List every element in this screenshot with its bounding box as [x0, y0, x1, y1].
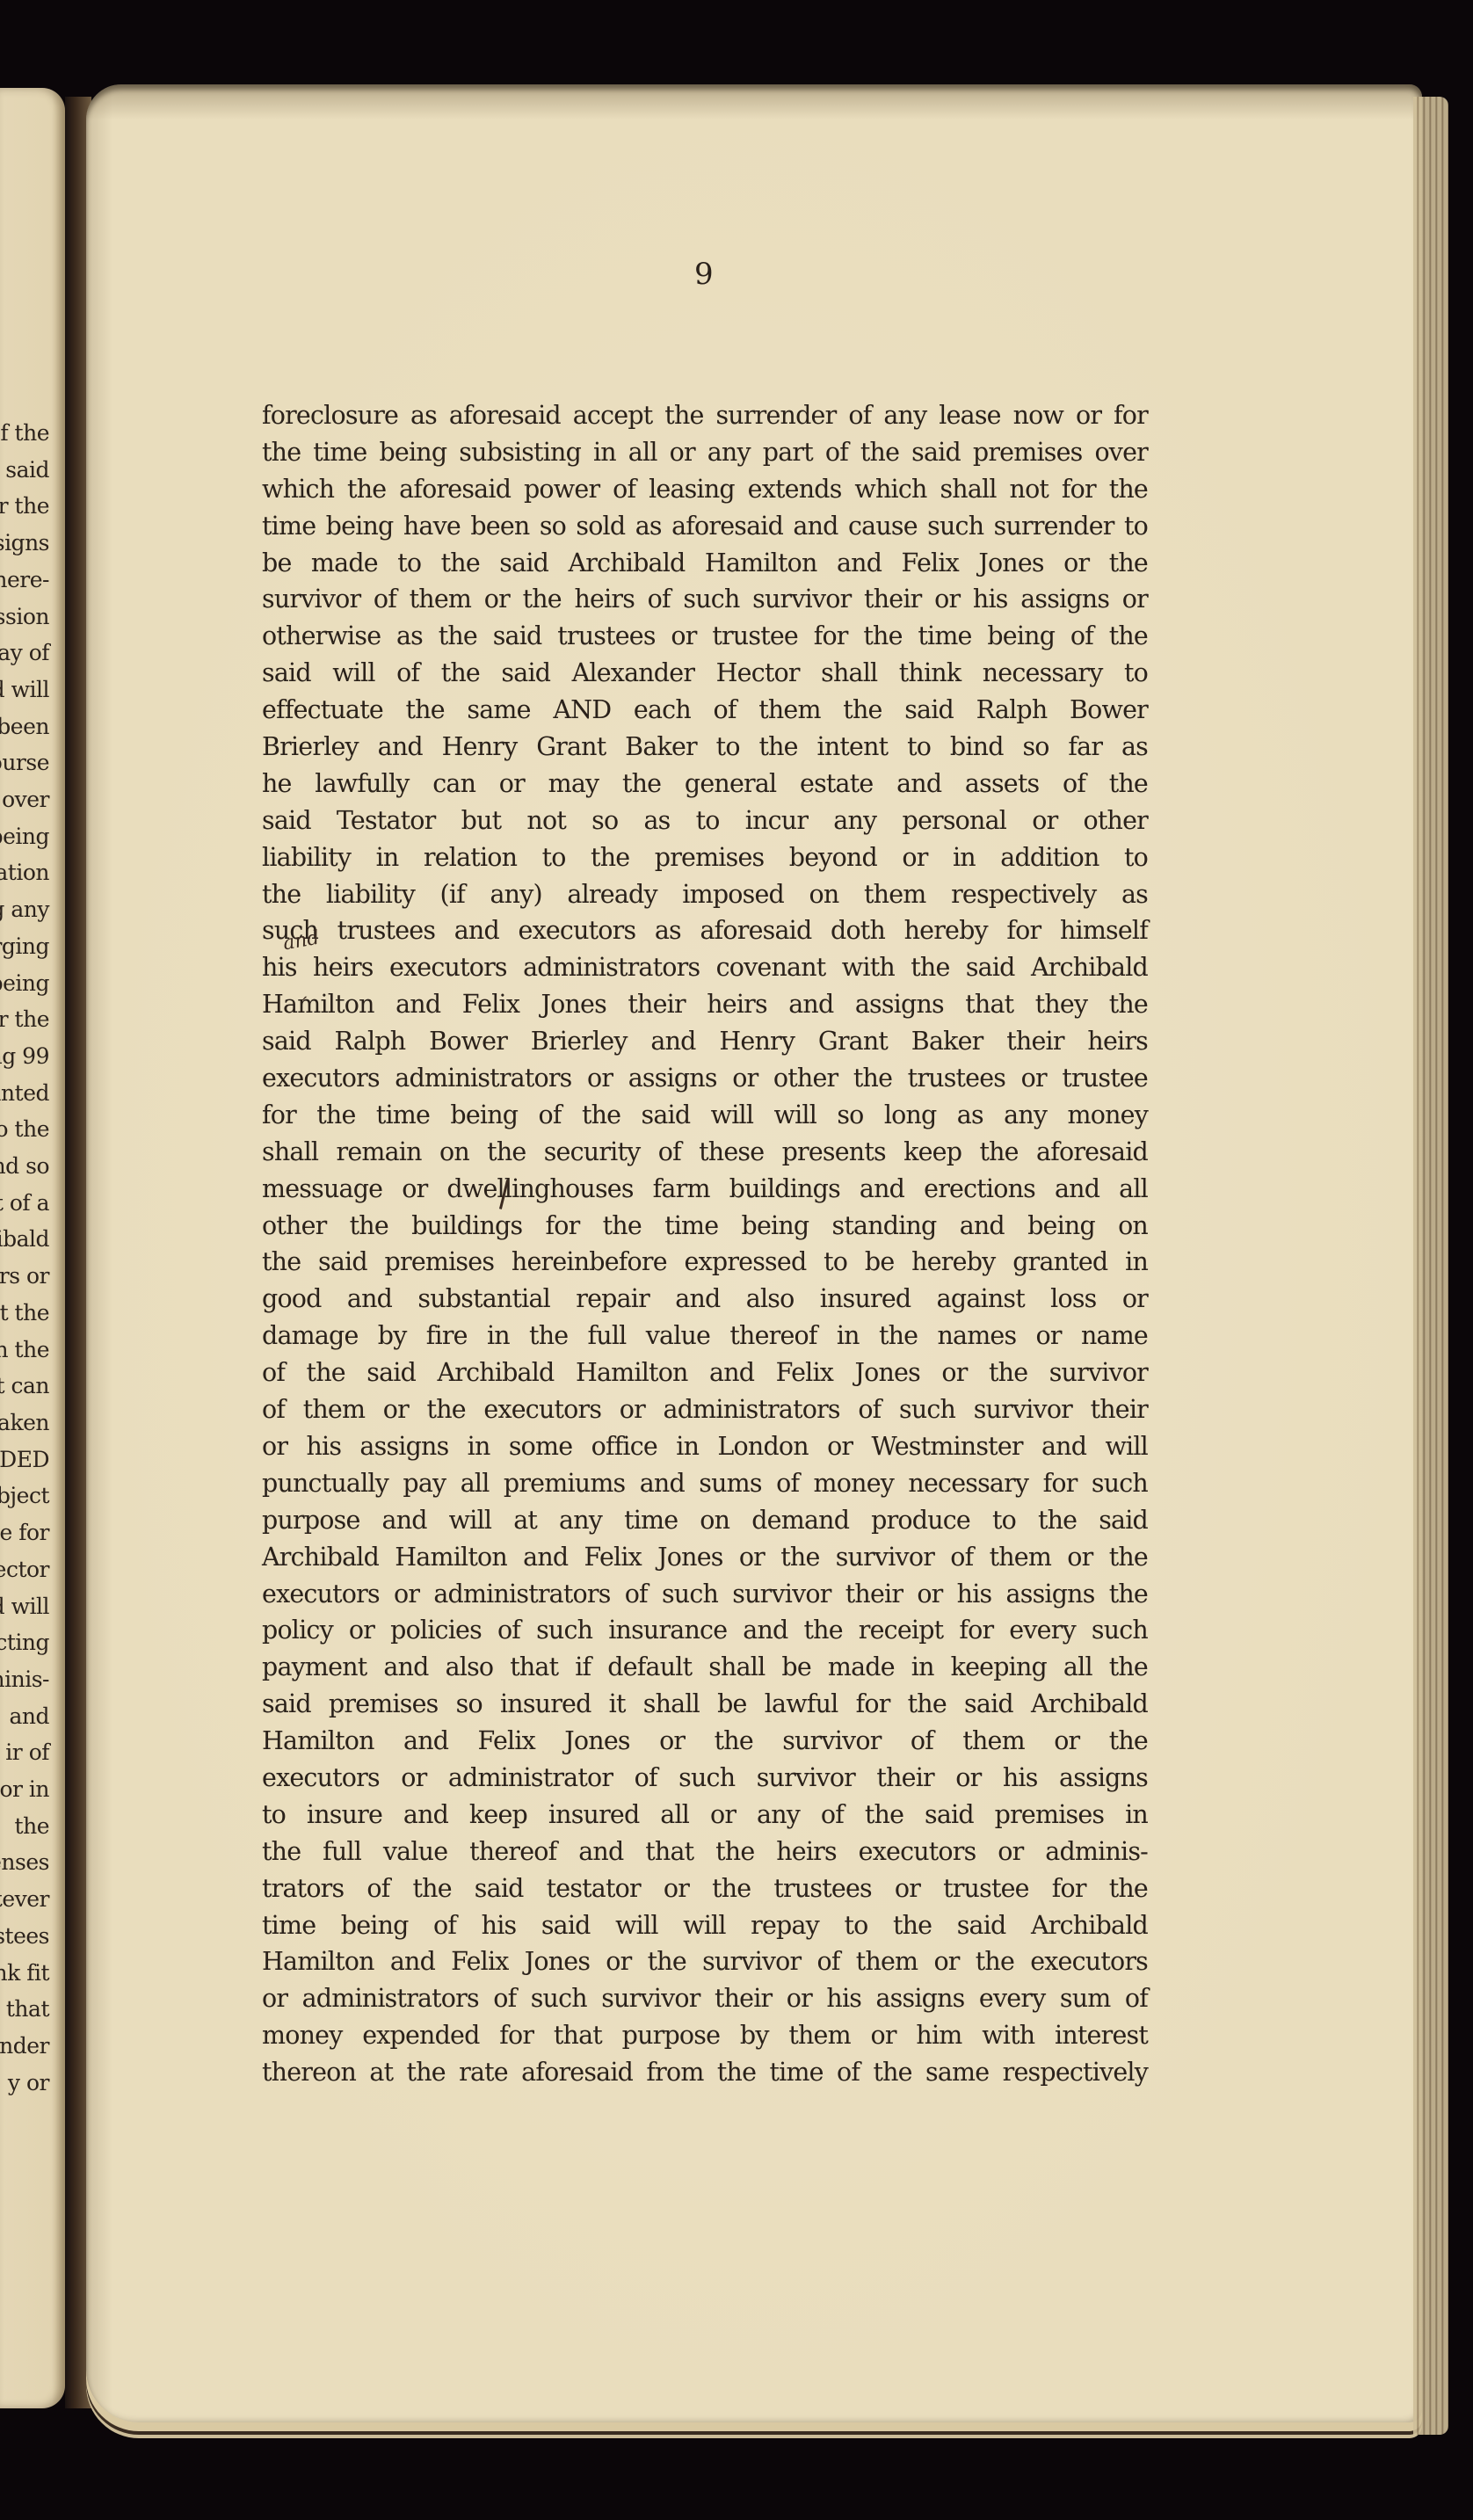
text-line: or administrators of such survivor their…: [262, 1980, 1148, 2017]
left-page-fragment-line: g any: [0, 891, 49, 928]
left-page-fragment-line: nder: [0, 2028, 49, 2065]
left-page-fragment-line: here-: [0, 562, 49, 599]
left-page-fragment-line: er the: [0, 1001, 49, 1038]
text-line: for the time being of the said will will…: [262, 1097, 1148, 1134]
left-page-fragment-line: and: [0, 1698, 49, 1735]
left-page-fragment-line: DED: [0, 1442, 49, 1478]
left-page-fragment-line: ration: [0, 854, 49, 891]
text-line: foreclosure as aforesaid accept the surr…: [262, 397, 1148, 434]
text-line: which the aforesaid power of leasing ext…: [262, 471, 1148, 508]
left-page-fragment-line: being: [0, 818, 49, 855]
left-page-fragment-line: e said: [0, 452, 49, 489]
text-line: effectuate the same AND each of them the…: [262, 692, 1148, 729]
text-line: policy or policies of such insurance and…: [262, 1612, 1148, 1649]
text-line: punctually pay all premiums and sums of …: [262, 1465, 1148, 1502]
left-page-fragment-line: ors or: [0, 1258, 49, 1295]
left-page-fragment-line: t the: [0, 1295, 49, 1332]
text-line: said will of the said Alexander Hector s…: [262, 655, 1148, 692]
text-line: survivor of them or the heirs of such su…: [262, 581, 1148, 618]
text-line: or his assigns in some office in London …: [262, 1428, 1148, 1465]
text-line: executors or administrators of such surv…: [262, 1576, 1148, 1613]
left-page-fragment-line: nk fit: [0, 1955, 49, 1992]
text-line: time being have been so sold as aforesai…: [262, 508, 1148, 545]
left-page-fragment-line: to the: [0, 1111, 49, 1148]
text-line: other the buildings for the time being s…: [262, 1208, 1148, 1245]
left-page-fragment-line: ng 99: [0, 1038, 49, 1075]
left-page-fragment-line: ession: [0, 599, 49, 635]
text-line: thereon at the rate aforesaid from the t…: [262, 2054, 1148, 2091]
left-page-fragment-line: the: [0, 1808, 49, 1845]
left-page-fragment-line: t can: [0, 1368, 49, 1405]
text-line: money expended for that purpose by them …: [262, 2017, 1148, 2054]
text-line: otherwise as the said trustees or truste…: [262, 618, 1148, 655]
left-page-fragment-line: been: [0, 708, 49, 745]
text-line: he lawfully can or may the general estat…: [262, 766, 1148, 802]
text-line: good and substantial repair and also ins…: [262, 1281, 1148, 1318]
text-line: his heirs executors administrators coven…: [262, 949, 1148, 986]
text-line: messuage or dwellinghouses farm building…: [262, 1171, 1148, 1208]
left-page-fragment-line: being: [0, 965, 49, 1002]
text-line: executors administrators or assigns or o…: [262, 1060, 1148, 1097]
text-line: said Testator but not so as to incur any…: [262, 802, 1148, 839]
left-page-fragment-line: or the: [0, 488, 49, 525]
text-line: Brierley and Henry Grant Baker to the in…: [262, 729, 1148, 766]
text-line: Hamilton and Felix Jones or the survivor…: [262, 1943, 1148, 1980]
left-page-fragment-line: d will: [0, 1588, 49, 1625]
left-page-fragment-line: y or: [0, 2065, 49, 2102]
text-line: executors or administrator of such survi…: [262, 1760, 1148, 1797]
left-page-fragment-line: stees: [0, 1918, 49, 1955]
text-line: Hamilton and Felix Jones or the survivor…: [262, 1723, 1148, 1760]
text-line: such trustees and executors as aforesaid…: [262, 912, 1148, 949]
left-page-fragment-line: ourse: [0, 744, 49, 781]
left-page-text-fragments: f thee saidor thessignshere-essionray of…: [0, 415, 49, 2101]
text-line: Archibald Hamilton and Felix Jones or th…: [262, 1539, 1148, 1576]
left-page-fragment-line: ee for: [0, 1514, 49, 1551]
text-line: of the said Archibald Hamilton and Felix…: [262, 1354, 1148, 1391]
text-line: time being of his said will will repay t…: [262, 1907, 1148, 1944]
text-line: Hamilton and Felix Jones their heirs and…: [262, 986, 1148, 1023]
left-page-fragment-line: ubject: [0, 1478, 49, 1514]
text-line: the time being subsisting in all or any …: [262, 434, 1148, 471]
left-page-fragment-line: rging: [0, 928, 49, 965]
left-page-fragment-line: t of a: [0, 1185, 49, 1222]
left-page-fragment-line: nd so: [0, 1148, 49, 1185]
text-line: purpose and will at any time on demand p…: [262, 1502, 1148, 1539]
text-line: damage by fire in the full value thereof…: [262, 1318, 1148, 1354]
text-line: of them or the executors or administrato…: [262, 1391, 1148, 1428]
left-page-fragment-line: n the: [0, 1332, 49, 1369]
text-line: the said premises hereinbefore expressed…: [262, 1244, 1148, 1281]
left-page-fragment-line: anted: [0, 1075, 49, 1112]
text-line: the full value thereof and that the heir…: [262, 1834, 1148, 1870]
text-line: payment and also that if default shall b…: [262, 1649, 1148, 1686]
text-line: said premises so insured it shall be law…: [262, 1686, 1148, 1723]
text-line: the liability (if any) already imposed o…: [262, 876, 1148, 913]
left-page-fragment-line: ray of: [0, 635, 49, 672]
text-line: liability in relation to the premises be…: [262, 839, 1148, 876]
page-stack-edges: [1413, 97, 1448, 2435]
left-page-fragment-line: d will: [0, 672, 49, 708]
left-page-fragment-line: ir of: [0, 1734, 49, 1771]
text-line: be made to the said Archibald Hamilton a…: [262, 545, 1148, 582]
left-page-edge: f thee saidor thessignshere-essionray of…: [0, 88, 65, 2408]
left-page-fragment-line: f over: [0, 781, 49, 818]
left-page-fragment-line: taken: [0, 1405, 49, 1442]
body-text: foreclosure as aforesaid accept the surr…: [262, 397, 1148, 2091]
text-line: shall remain on the security of these pr…: [262, 1134, 1148, 1171]
left-page-fragment-line: ssigns: [0, 525, 49, 562]
left-page-fragment-line: that: [0, 1991, 49, 2028]
left-page-fragment-line: enses: [0, 1844, 49, 1881]
left-page-fragment-line: f the: [0, 415, 49, 452]
page-number-text: 9: [694, 257, 714, 292]
text-line: said Ralph Bower Brierley and Henry Gran…: [262, 1023, 1148, 1060]
left-page-fragment-line: nibald: [0, 1221, 49, 1258]
left-page-fragment-line: or in: [0, 1771, 49, 1808]
left-page-fragment-line: cting: [0, 1624, 49, 1661]
handwritten-accent-mark: ´: [297, 996, 307, 1018]
text-line: to insure and keep insured all or any of…: [262, 1797, 1148, 1834]
left-page-fragment-line: tever: [0, 1881, 49, 1918]
left-page-fragment-line: ninis-: [0, 1661, 49, 1698]
left-page-fragment-line: lector: [0, 1551, 49, 1588]
text-line: trators of the said testator or the trus…: [262, 1870, 1148, 1907]
